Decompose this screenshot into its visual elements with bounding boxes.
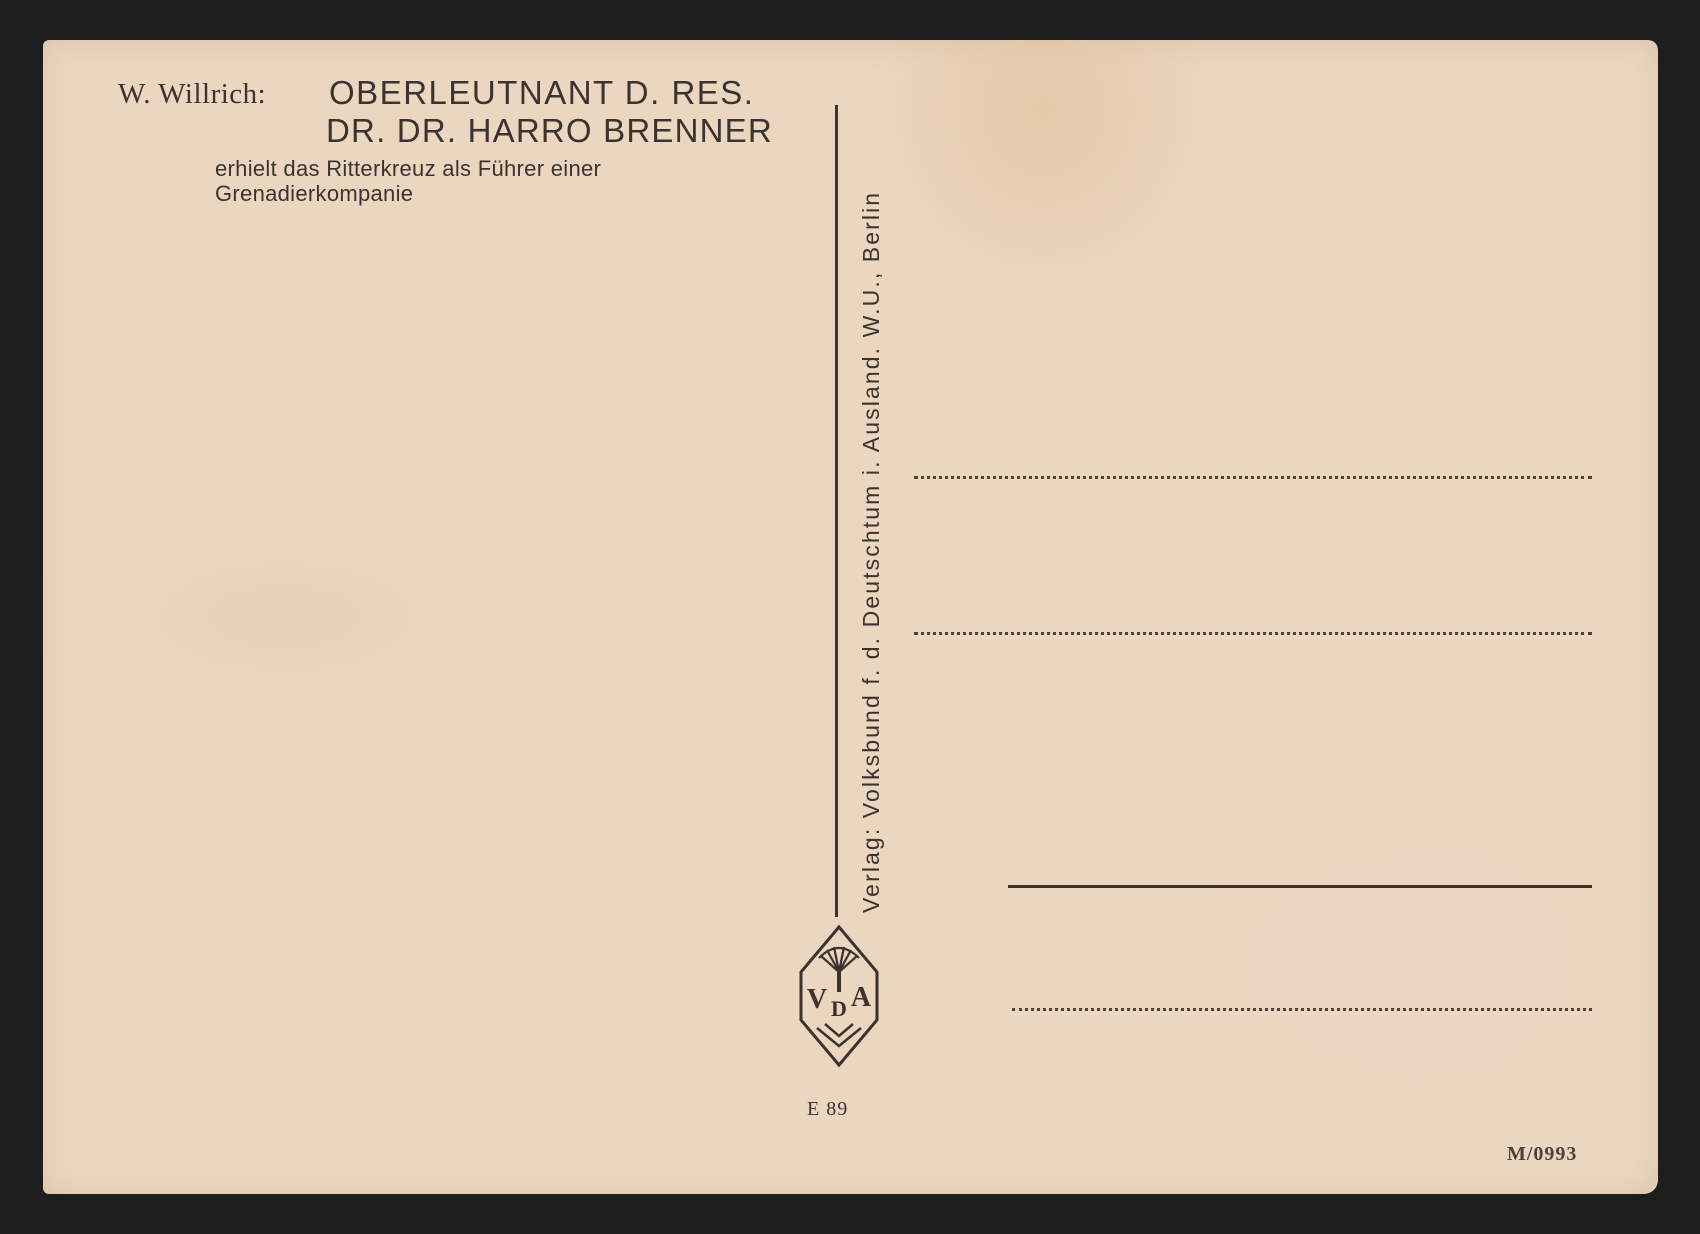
artist-name: W. Willrich: [118, 78, 266, 111]
title-line-2: DR. DR. HARRO BRENNER [326, 112, 773, 150]
svg-text:V: V [807, 984, 827, 1015]
svg-text:A: A [851, 982, 872, 1013]
publisher-imprint: Verlag: Volksbund f. d. Deutschtum i. Au… [858, 191, 885, 913]
serial-number: M/0993 [1507, 1143, 1577, 1166]
caption-line-2: Grenadierkompanie [215, 181, 413, 207]
vda-emblem-icon: V A D [797, 924, 881, 1068]
svg-text:D: D [831, 996, 847, 1021]
address-line-1 [914, 476, 1592, 479]
address-line-2 [914, 632, 1592, 635]
divider-line [835, 105, 838, 917]
address-line-4 [1012, 1008, 1592, 1011]
postcard-back: W. Willrich: OBERLEUTNANT D. RES. DR. DR… [43, 40, 1658, 1194]
address-line-3 [1008, 885, 1592, 888]
title-line-1: OBERLEUTNANT D. RES. [329, 74, 754, 112]
print-code: E 89 [807, 1098, 848, 1121]
caption-line-1: erhielt das Ritterkreuz als Führer einer [215, 156, 601, 182]
